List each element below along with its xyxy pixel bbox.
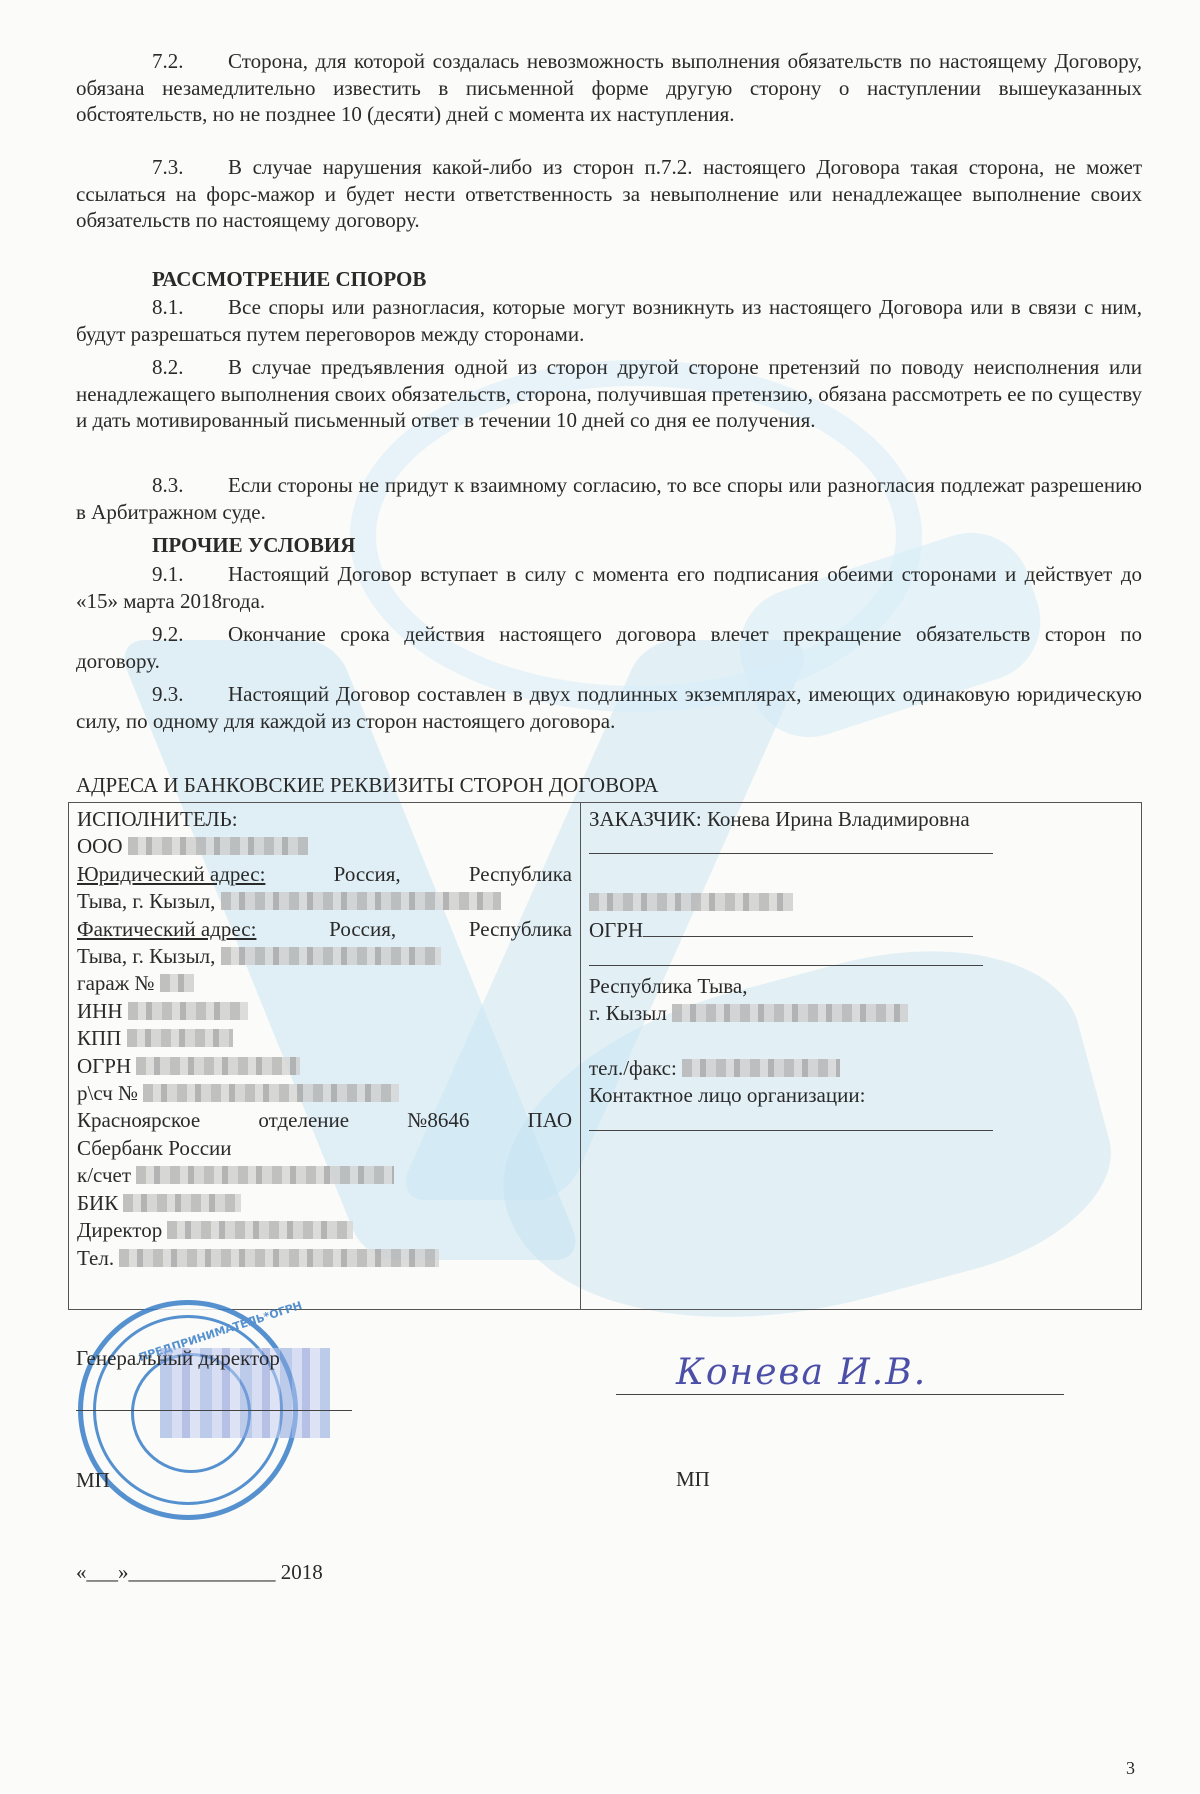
corr-account-line: к/счет xyxy=(77,1162,572,1189)
actual-address-city: Тыва, г. Кызыл, xyxy=(77,943,572,970)
clause-8-1: 8.1.Все споры или разногласия, которые м… xyxy=(76,294,1142,347)
redacted-director xyxy=(167,1221,353,1239)
customer-city-line: г. Кызыл xyxy=(589,1000,1133,1027)
executor-signature-line xyxy=(76,1390,352,1417)
redacted-customer-address xyxy=(672,1004,908,1022)
executor-seal-label: МП xyxy=(76,1468,110,1493)
ogrn-underline xyxy=(643,916,973,937)
blank-underline xyxy=(589,833,993,854)
redacted-account xyxy=(143,1084,399,1102)
ogrn-line: ОГРН xyxy=(77,1053,572,1080)
redacted-customer-phone xyxy=(682,1059,840,1077)
legal-address-city: Тыва, г. Кызыл, xyxy=(77,888,572,915)
redacted-org-name xyxy=(128,837,308,855)
redacted-bik xyxy=(123,1194,241,1212)
customer-region: Республика Тыва, xyxy=(589,973,1133,1000)
clause-8-3: 8.3.Если стороны не придут к взаимному с… xyxy=(76,472,1142,525)
redacted-garage xyxy=(160,974,194,992)
executor-cell: ИСПОЛНИТЕЛЬ: ООО Юридический адрес:Росси… xyxy=(69,803,581,1310)
actual-address-line: Фактический адрес:Россия,Республика xyxy=(77,916,572,943)
legal-address-line: Юридический адрес:Россия,Республика xyxy=(77,861,572,888)
customer-ogrn-line: ОГРН xyxy=(589,916,1133,944)
spacer xyxy=(589,862,1133,889)
redacted-inn xyxy=(128,1002,248,1020)
blank-underline xyxy=(589,1110,993,1131)
clause-9-2: 9.2.Окончание срока действия настоящего … xyxy=(76,621,1142,674)
clause-9-3: 9.3.Настоящий Договор составлен в двух п… xyxy=(76,681,1142,734)
customer-label: ЗАКАЗЧИК: Конева Ирина Владимировна xyxy=(589,806,1133,833)
redacted-phone xyxy=(119,1249,439,1267)
redacted-legal-address xyxy=(221,892,501,910)
redacted-ogrn xyxy=(136,1057,300,1075)
spacer xyxy=(589,1028,1133,1055)
redacted-kpp xyxy=(127,1029,233,1047)
customer-cell: ЗАКАЗЧИК: Конева Ирина Владимировна ОГРН… xyxy=(581,803,1142,1310)
bank-name: Сбербанк России xyxy=(77,1135,572,1162)
executor-org: ООО xyxy=(77,833,572,860)
account-line: р\сч № xyxy=(77,1080,572,1107)
page-number: 3 xyxy=(1126,1758,1135,1779)
heading-disputes: РАССМОТРЕНИЕ СПОРОВ xyxy=(152,267,426,292)
executor-title: Генеральный директор xyxy=(76,1346,280,1371)
kpp-line: КПП xyxy=(77,1025,572,1052)
executor-label: ИСПОЛНИТЕЛЬ: xyxy=(77,806,572,833)
contact-person-line xyxy=(589,1110,1133,1138)
customer-redacted-line xyxy=(589,889,1133,916)
signature-underline xyxy=(76,1390,352,1411)
bik-line: БИК xyxy=(77,1190,572,1217)
clause-7-2: 7.2.Сторона, для которой создалась невоз… xyxy=(76,48,1142,128)
customer-blank-line-2 xyxy=(589,945,1133,973)
clause-9-1: 9.1.Настоящий Договор вступает в силу с … xyxy=(76,561,1142,614)
redacted-corr-account xyxy=(136,1166,394,1184)
garage-line: гараж № xyxy=(77,970,572,997)
requisites-table: ИСПОЛНИТЕЛЬ: ООО Юридический адрес:Росси… xyxy=(68,802,1142,1310)
contact-person-label: Контактное лицо организации: xyxy=(589,1082,1133,1109)
redacted-customer-data xyxy=(589,893,793,911)
heading-other-terms: ПРОЧИЕ УСЛОВИЯ xyxy=(152,533,355,558)
customer-blank-line xyxy=(589,833,1133,861)
clause-8-2: 8.2.В случае предъявления одной из сторо… xyxy=(76,354,1142,434)
customer-signature-line xyxy=(616,1374,1064,1401)
requisites-title: АДРЕСА И БАНКОВСКИЕ РЕКВИЗИТЫ СТОРОН ДОГ… xyxy=(76,773,658,798)
inn-line: ИНН xyxy=(77,998,572,1025)
phone-line: Тел. xyxy=(77,1245,572,1272)
customer-phone-line: тел./факс: xyxy=(589,1055,1133,1082)
director-line: Директор xyxy=(77,1217,572,1244)
clause-7-3: 7.3.В случае нарушения какой-либо из сто… xyxy=(76,154,1142,234)
blank-underline xyxy=(589,945,983,966)
date-line: «___»______________ 2018 xyxy=(76,1560,323,1585)
signature-underline xyxy=(616,1374,1064,1395)
redacted-actual-address xyxy=(221,947,441,965)
bank-line: Красноярскоеотделение№8646ПАО xyxy=(77,1107,572,1134)
customer-seal-label: МП xyxy=(676,1467,710,1492)
